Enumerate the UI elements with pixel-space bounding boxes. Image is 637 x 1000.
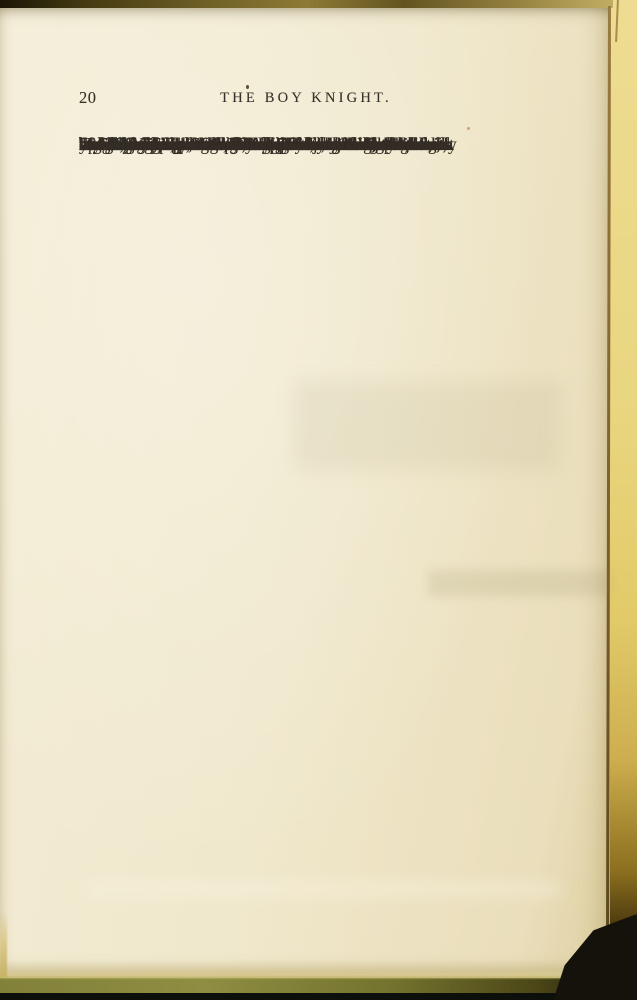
scanned-book-photo: 20 THE BOY KNIGHT. For a few minutes the… — [0, 0, 637, 1000]
cover-edge-highlight — [0, 977, 600, 979]
text-line: with those of the castle to attack the b… — [79, 133, 397, 156]
running-header: THE BOY KNIGHT. — [0, 90, 612, 107]
book-cover-bottom-edge — [0, 978, 637, 993]
book-cover-top-edge — [0, 0, 613, 8]
ink-speck — [467, 127, 470, 130]
ink-speck — [246, 85, 249, 89]
page-fore-edge — [610, 0, 637, 1000]
page-left-edge-strip — [0, 912, 7, 980]
